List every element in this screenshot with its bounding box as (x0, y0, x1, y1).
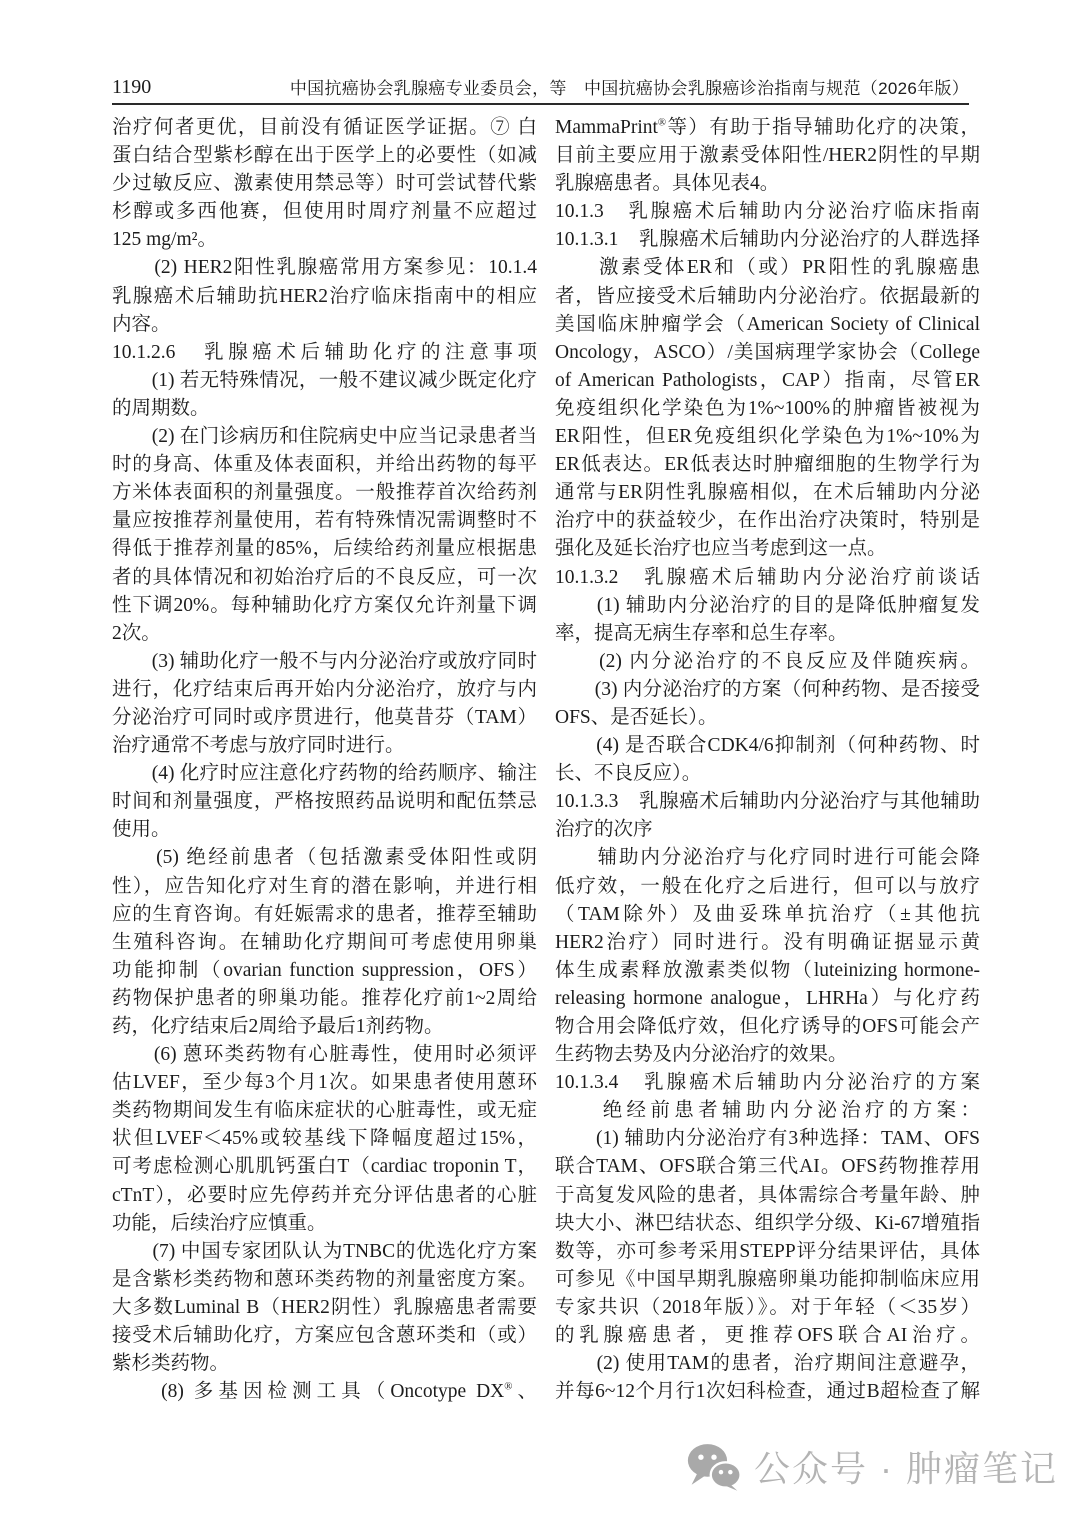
text-line: 目前主要应用于激素受体阳性/HER2阴性的早期 (555, 142, 980, 170)
text-line: 率，提高无病生存率和总生存率。 (555, 620, 980, 648)
text-line: MammaPrint®等）有助于指导辅助化疗的决策， (555, 114, 980, 142)
text-line: (8) 多基因检测工具（Oncotype DX®、 (112, 1378, 537, 1406)
watermark: 公众号 · 肿瘤笔记 (686, 1441, 1058, 1492)
text-line: (7) 中国专家团队认为TNBC的优选化疗方案 (112, 1238, 537, 1266)
text-line: 药物保护患者的卵巢功能。推荐化疗前1~2周给 (112, 985, 537, 1013)
text-line: 功能，后续治疗应慎重。 (112, 1210, 537, 1238)
text-line: 2次。 (112, 620, 537, 648)
text-line: ER低表达。ER低表达时肿瘤细胞的生物学行为 (555, 451, 980, 479)
text-line: 125 mg/m²。 (112, 226, 537, 254)
page-number: 1190 (112, 77, 151, 97)
text-line: 方米体表面积的剂量强度。一般推荐首次给药剂 (112, 479, 537, 507)
text-line: (1) 辅助内分泌治疗有3种选择：TAM、OFS (555, 1125, 980, 1153)
text-line: 功能抑制（ovarian function suppression，OFS） (112, 957, 537, 985)
text-line: 于高复发风险的患者，具体需综合考量年龄、肿 (555, 1182, 980, 1210)
text-line: (3) 辅助化疗一般不与内分泌治疗或放疗同时 (112, 648, 537, 676)
text-line: 免疫组织化学染色为1%~100%的肿瘤皆被视为 (555, 395, 980, 423)
text-line: 通常与ER阴性乳腺癌相似，在术后辅助内分泌 (555, 479, 980, 507)
text-line: 的乳腺癌患者，更推荐OFS联合AI治疗。 (555, 1322, 980, 1350)
text-line: (3) 内分泌治疗的方案（何种药物、是否接受 (555, 676, 980, 704)
text-line: releasing hormone analogue，LHRHa）与化疗药 (555, 985, 980, 1013)
text-line: (2) 内分泌治疗的不良反应及伴随疾病。 (555, 648, 980, 676)
text-line: Oncology，ASCO）/美国病理学家协会（College (555, 339, 980, 367)
text-line: 者，皆应接受术后辅助内分泌治疗。依据最新的 (555, 283, 980, 311)
text-line: 10.1.2.6 乳腺癌术后辅助化疗的注意事项 (112, 339, 537, 367)
text-line: 低疗效，一般在化疗之后进行，但可以与放疗 (555, 873, 980, 901)
text-line: (1) 辅助内分泌治疗的目的是降低肿瘤复发 (555, 592, 980, 620)
document-page: 1190 中国抗癌协会乳腺癌专业委员会，等 中国抗癌协会乳腺癌诊治指南与规范（2… (0, 0, 1080, 1515)
text-line: 治疗通常不考虑与放疗同时进行。 (112, 732, 537, 760)
text-line: 状但LVEF＜45%或较基线下降幅度超过15%， (112, 1125, 537, 1153)
text-line: 的周期数。 (112, 395, 537, 423)
text-line: 10.1.3.1 乳腺癌术后辅助内分泌治疗的人群选择 (555, 226, 980, 254)
text-line: 联合TAM、OFS联合第三代AI。OFS药物推荐用 (555, 1153, 980, 1181)
text-line: 估LVEF，至少每3个月1次。如果患者使用蒽环 (112, 1069, 537, 1097)
body-columns: 治疗何者更优，目前没有循证医学证据。⑦ 白蛋白结合型紫杉醇在出于医学上的必要性（… (112, 114, 980, 1406)
text-line: 数等，亦可参考采用STEPP评分结果评估，具体 (555, 1238, 980, 1266)
text-line: (4) 化疗时应注意化疗药物的给药顺序、输注 (112, 760, 537, 788)
text-line: 使用。 (112, 816, 537, 844)
text-line: 杉醇或多西他赛，但使用时周疗剂量不应超过 (112, 198, 537, 226)
text-line: 并每6~12个月行1次妇科检查，通过B超检查了解 (555, 1378, 980, 1406)
text-line: 是含紫杉类药物和蒽环类药物的剂量密度方案。 (112, 1266, 537, 1294)
text-line: (1) 若无特殊情况，一般不建议减少既定化疗 (112, 367, 537, 395)
text-line: 绝经前患者辅助内分泌治疗的方案： (555, 1097, 980, 1125)
text-line: (6) 蒽环类药物有心脏毒性，使用时必须评 (112, 1041, 537, 1069)
text-line: 性），应告知化疗对生育的潜在影响，并进行相 (112, 873, 537, 901)
text-line: 时的身高、体重及体表面积，并给出药物的每平 (112, 451, 537, 479)
text-line: ER阳性，但ER免疫组织化学染色为1%~10%为 (555, 423, 980, 451)
text-line: 可考虑检测心肌肌钙蛋白T（cardiac troponin T， (112, 1153, 537, 1181)
text-line: 美国临床肿瘤学会（American Society of Clinical (555, 311, 980, 339)
text-line: 10.1.3 乳腺癌术后辅助内分泌治疗临床指南 (555, 198, 980, 226)
text-line: 内容。 (112, 311, 537, 339)
text-line: of American Pathologists，CAP）指南，尽管ER (555, 367, 980, 395)
text-line: 治疗何者更优，目前没有循证医学证据。⑦ 白 (112, 114, 537, 142)
text-line: 者的具体情况和初始治疗后的不良反应，可一次 (112, 564, 537, 592)
text-line: 长、不良反应）。 (555, 760, 980, 788)
text-line: 10.1.3.3 乳腺癌术后辅助内分泌治疗与其他辅助 (555, 788, 980, 816)
text-line: 少过敏反应、激素使用禁忌等）时可尝试替代紫 (112, 170, 537, 198)
text-line: 强化及延长治疗也应当考虑到这一点。 (555, 535, 980, 563)
text-line: cTnT），必要时应先停药并充分评估患者的心脏 (112, 1182, 537, 1210)
header-title: 中国抗癌协会乳腺癌专业委员会，等 中国抗癌协会乳腺癌诊治指南与规范（2026年版… (290, 80, 969, 97)
text-line: 类药物期间发生有临床症状的心脏毒性，或无症 (112, 1097, 537, 1125)
text-line: 应的生育咨询。有妊娠需求的患者，推荐至辅助 (112, 901, 537, 929)
text-line: （TAM除外）及曲妥珠单抗治疗（±其他抗 (555, 901, 980, 929)
text-line: 蛋白结合型紫杉醇在出于医学上的必要性（如减 (112, 142, 537, 170)
wechat-icon (686, 1442, 742, 1492)
text-line: (5) 绝经前患者（包括激素受体阳性或阴 (112, 844, 537, 872)
wechat-bubbles (688, 1444, 741, 1491)
text-line: 时间和剂量强度，严格按照药品说明和配伍禁忌 (112, 788, 537, 816)
text-line: 接受术后辅助化疗，方案应包含蒽环类和（或） (112, 1322, 537, 1350)
text-line: 10.1.3.4 乳腺癌术后辅助内分泌治疗的方案 (555, 1069, 980, 1097)
text-line: 物合用会降低疗效，但化疗诱导的OFS可能会产 (555, 1013, 980, 1041)
text-line: 药，化疗结束后2周给予最后1剂药物。 (112, 1013, 537, 1041)
text-line: 量应按推荐剂量使用，若有特殊情况需调整时不 (112, 507, 537, 535)
text-line: 生药物去势及内分泌治疗的效果。 (555, 1041, 980, 1069)
text-line: 可参见《中国早期乳腺癌卵巢功能抑制临床应用 (555, 1266, 980, 1294)
text-line: 分泌治疗可同时或序贯进行，他莫昔芬（TAM） (112, 704, 537, 732)
text-line: 体生成素释放激素类似物（luteinizing hormone- (555, 957, 980, 985)
text-line: (2) 使用TAM的患者，治疗期间注意避孕， (555, 1350, 980, 1378)
text-line: OFS、是否延长）。 (555, 704, 980, 732)
text-line: 性下调20%。每种辅助化疗方案仅允许剂量下调 (112, 592, 537, 620)
text-line: 得低于推荐剂量的85%，后续给药剂量应根据患 (112, 535, 537, 563)
text-line: 乳腺癌患者。具体见表4。 (555, 170, 980, 198)
text-line: 大多数Luminal B（HER2阴性）乳腺癌患者需要 (112, 1294, 537, 1322)
text-line: 生殖科咨询。在辅助化疗期间可考虑使用卵巢 (112, 929, 537, 957)
right-column: MammaPrint®等）有助于指导辅助化疗的决策，目前主要应用于激素受体阳性/… (555, 114, 980, 1406)
text-line: 紫杉类药物。 (112, 1350, 537, 1378)
text-line: HER2治疗）同时进行。没有明确证据显示黄 (555, 929, 980, 957)
text-line: 专家共识（2018年版）》。对于年轻（＜35岁） (555, 1294, 980, 1322)
text-line: (2) HER2阳性乳腺癌常用方案参见：10.1.4 (112, 254, 537, 282)
text-line: 治疗的次序 (555, 816, 980, 844)
text-line: 块大小、淋巴结状态、组织学分级、Ki-67增殖指 (555, 1210, 980, 1238)
text-line: 激素受体ER和（或）PR阳性的乳腺癌患 (555, 254, 980, 282)
text-line: 进行，化疗结束后再开始内分泌治疗，放疗与内 (112, 676, 537, 704)
page-header: 1190 中国抗癌协会乳腺癌专业委员会，等 中国抗癌协会乳腺癌诊治指南与规范（2… (112, 72, 969, 105)
text-line: (2) 在门诊病历和住院病史中应当记录患者当 (112, 423, 537, 451)
text-line: 治疗中的获益较少，在作出治疗决策时，特别是 (555, 507, 980, 535)
text-line: 10.1.3.2 乳腺癌术后辅助内分泌治疗前谈话 (555, 564, 980, 592)
left-column: 治疗何者更优，目前没有循证医学证据。⑦ 白蛋白结合型紫杉醇在出于医学上的必要性（… (112, 114, 537, 1406)
watermark-text: 公众号 · 肿瘤笔记 (754, 1441, 1058, 1492)
text-line: 乳腺癌术后辅助抗HER2治疗临床指南中的相应 (112, 283, 537, 311)
text-line: (4) 是否联合CDK4/6抑制剂（何种药物、时 (555, 732, 980, 760)
text-line: 辅助内分泌治疗与化疗同时进行可能会降 (555, 844, 980, 872)
